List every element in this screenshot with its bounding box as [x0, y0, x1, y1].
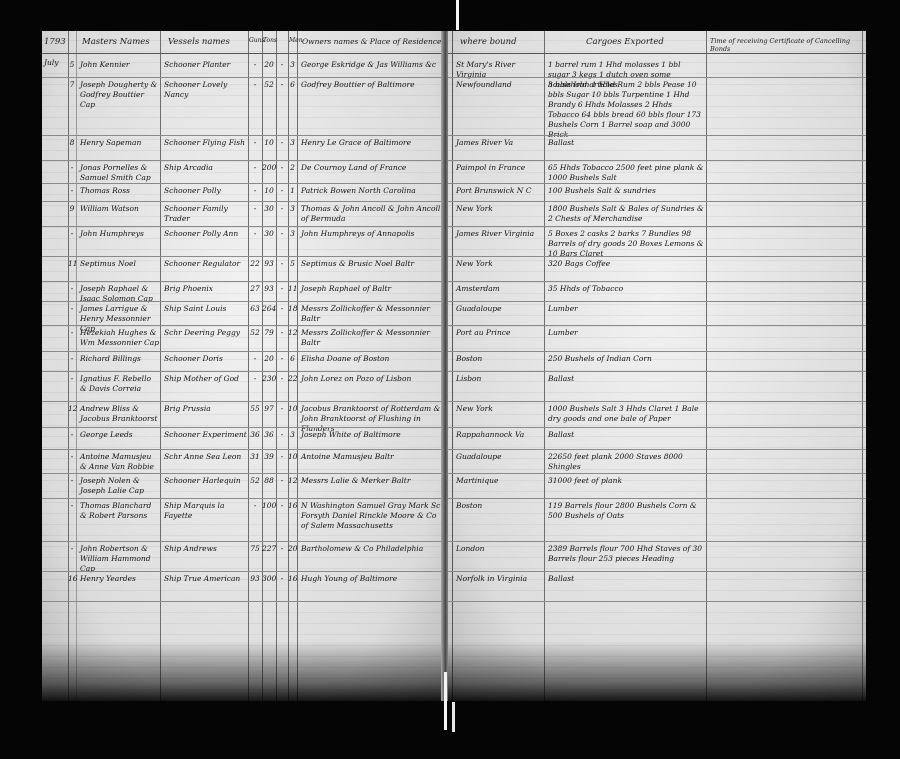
row-guns: 52 [248, 328, 262, 338]
row-men: 12 [288, 328, 297, 338]
row-rule [42, 301, 444, 302]
row-tons: 36 [262, 430, 276, 440]
row-col-a: - [276, 404, 288, 414]
row-men: 16 [288, 501, 297, 511]
row-tons: 20 [262, 354, 276, 364]
row-day: 9 [68, 204, 76, 214]
row-master-name: Joseph Nolen & Joseph Lalie Cap [80, 476, 160, 496]
row-guns: - [248, 374, 262, 384]
row-vessel-name: Ship Saint Louis [164, 304, 248, 314]
row-where-bound: New York [456, 404, 544, 414]
row-day: 8 [68, 138, 76, 148]
row-master-name: John Robertson & William Hammond Cap [80, 544, 160, 574]
row-col-a: - [276, 204, 288, 214]
row-day: 5 [68, 60, 76, 70]
row-day: - [68, 452, 76, 462]
row-tons: 52 [262, 80, 276, 90]
row-tons: 20 [262, 60, 276, 70]
row-men: 3 [288, 138, 297, 148]
ledger-left-page: 1793 Masters Names Vessels names Guns To… [42, 31, 444, 701]
row-rule [42, 541, 444, 542]
row-cargo: 2389 Barrels flour 700 Hhd Staves of 30 … [548, 544, 704, 564]
row-where-bound: Rappahannock Va [456, 430, 544, 440]
row-owners: Messrs Zollickoffer & Messonnier Baltr [301, 328, 441, 348]
row-guns: 31 [248, 452, 262, 462]
row-col-a: - [276, 476, 288, 486]
row-day: - [68, 430, 76, 440]
row-where-bound: Guadaloupe [456, 452, 544, 462]
row-vessel-name: Schooner Experiment [164, 430, 248, 440]
row-cargo: 35 Hhds of Tobacco [548, 284, 704, 294]
row-day: - [68, 304, 76, 314]
header-where-bound: where bound [460, 37, 517, 47]
row-col-a: - [276, 328, 288, 338]
row-rule [448, 325, 866, 326]
row-men: 22 [288, 374, 297, 384]
row-men: 10 [288, 452, 297, 462]
row-cargo: 119 Barrels flour 2800 Bushels Corn & 50… [548, 501, 704, 521]
row-tons: 93 [262, 259, 276, 269]
row-where-bound: Newfoundland [456, 80, 544, 90]
row-col-a: - [276, 574, 288, 584]
row-vessel-name: Schooner Lovely Nancy [164, 80, 248, 100]
header-year: 1793 [44, 37, 66, 47]
row-master-name: Thomas Blanchard & Robert Parsons [80, 501, 160, 521]
row-vessel-name: Schr Anne Sea Leon [164, 452, 248, 462]
row-tons: 230 [262, 374, 276, 384]
row-rule [42, 571, 444, 572]
row-guns: 27 [248, 284, 262, 294]
row-rule [448, 183, 866, 184]
row-tons: 97 [262, 404, 276, 414]
row-master-name: Andrew Bliss & Jacobus Branktoorst [80, 404, 160, 424]
row-cargo: 1000 Bushels Salt 3 Hhds Claret 1 Bale d… [548, 404, 704, 424]
row-col-a: - [276, 229, 288, 239]
row-vessel-name: Ship Marquis la Fayette [164, 501, 248, 521]
row-where-bound: Port au Prince [456, 328, 544, 338]
header-cargoes-exported: Cargoes Exported [586, 37, 664, 47]
row-vessel-name: Schooner Polly Ann [164, 229, 248, 239]
row-col-a: - [276, 138, 288, 148]
row-cargo: 250 Bushels of Indian Corn [548, 354, 704, 364]
row-rule [448, 135, 866, 136]
row-master-name: George Leeds [80, 430, 160, 440]
row-cargo: Lumber [548, 304, 704, 314]
row-where-bound: New York [456, 259, 544, 269]
row-day: - [68, 544, 76, 554]
row-owners: De Cournoy Land of France [301, 163, 441, 173]
row-rule [42, 351, 444, 352]
row-rule [42, 135, 444, 136]
row-rule [42, 325, 444, 326]
row-where-bound: James River Va [456, 138, 544, 148]
row-rule [42, 256, 444, 257]
row-rule [448, 351, 866, 352]
row-men: 10 [288, 404, 297, 414]
row-owners: Messrs Lalie & Merker Baltr [301, 476, 441, 486]
row-rule [448, 160, 866, 161]
row-master-name: Henry Yeardes [80, 574, 160, 584]
row-col-a: - [276, 354, 288, 364]
row-master-name: Septimus Noel [80, 259, 160, 269]
row-men: 3 [288, 204, 297, 214]
row-men: 5 [288, 259, 297, 269]
row-rule [42, 449, 444, 450]
row-tons: 39 [262, 452, 276, 462]
row-cargo: 100 Bushels Salt & sundries [548, 186, 704, 196]
header-time-of-certificates: Time of receiving Certificate of Cancell… [710, 37, 860, 53]
row-rule [42, 201, 444, 202]
row-vessel-name: Schooner Family Trader [164, 204, 248, 224]
row-where-bound: New York [456, 204, 544, 214]
row-owners: John Humphreys of Annapolis [301, 229, 441, 239]
row-col-a: - [276, 186, 288, 196]
row-vessel-name: Ship True American [164, 574, 248, 584]
row-vessel-name: Schooner Regulator [164, 259, 248, 269]
row-master-name: Thomas Ross [80, 186, 160, 196]
row-tons: 10 [262, 138, 276, 148]
row-rule [42, 371, 444, 372]
row-owners: Joseph White of Baltimore [301, 430, 441, 440]
row-master-name: William Watson [80, 204, 160, 214]
row-day: - [68, 284, 76, 294]
row-vessel-name: Schooner Doris [164, 354, 248, 364]
row-where-bound: Lisbon [456, 374, 544, 384]
scan-marker-bottom [444, 672, 447, 730]
row-day: 11 [68, 259, 76, 269]
row-rule [448, 401, 866, 402]
row-men: 12 [288, 476, 297, 486]
row-col-a: - [276, 544, 288, 554]
ledger-right-page: where bound Cargoes Exported Time of rec… [448, 31, 866, 701]
row-tons: 100 [262, 501, 276, 511]
row-day: - [68, 163, 76, 173]
row-master-name: Henry Sapeman [80, 138, 160, 148]
row-master-name: Hezekiah Hughes & Wm Messonnier Cap [80, 328, 160, 348]
row-rule [448, 281, 866, 282]
row-guns: - [248, 138, 262, 148]
row-owners: Elisha Doane of Boston [301, 354, 441, 364]
row-guns: - [248, 204, 262, 214]
row-men: 2 [288, 163, 297, 173]
row-rule [448, 226, 866, 227]
row-rule [42, 401, 444, 402]
row-men: 3 [288, 430, 297, 440]
row-guns: - [248, 60, 262, 70]
row-owners: Hugh Young of Baltimore [301, 574, 441, 584]
row-col-a: - [276, 430, 288, 440]
row-rule [448, 201, 866, 202]
row-guns: - [248, 229, 262, 239]
row-vessel-name: Schr Deering Peggy [164, 328, 248, 338]
row-master-name: John Kennier [80, 60, 160, 70]
row-guns: 52 [248, 476, 262, 486]
row-men: 1 [288, 186, 297, 196]
row-guns: - [248, 501, 262, 511]
row-guns: 75 [248, 544, 262, 554]
row-where-bound: Norfolk in Virginia [456, 574, 544, 584]
row-cargo: 65 Hhds Tobacco 2500 feet pine plank & 1… [548, 163, 704, 183]
row-rule [448, 571, 866, 572]
row-col-a: - [276, 80, 288, 90]
scan-marker-bottom [452, 702, 455, 732]
row-vessel-name: Schooner Polly [164, 186, 248, 196]
row-where-bound: London [456, 544, 544, 554]
row-owners: Bartholomew & Co Philadelphia [301, 544, 441, 554]
row-day: - [68, 501, 76, 511]
row-rule [448, 541, 866, 542]
row-day: 16 [68, 574, 76, 584]
row-cargo: 22650 feet plank 2000 Staves 8000 Shingl… [548, 452, 704, 472]
row-cargo: Ballast [548, 574, 704, 584]
row-master-name: Antoine Mamusjeu & Anne Van Robbie [80, 452, 160, 472]
row-rule [42, 427, 444, 428]
row-owners: Thomas & John Ancoll & John Ancoll of Be… [301, 204, 441, 224]
row-where-bound: Martinique [456, 476, 544, 486]
row-vessel-name: Schooner Planter [164, 60, 248, 70]
row-rule [448, 601, 866, 602]
row-tons: 30 [262, 204, 276, 214]
row-col-a: - [276, 60, 288, 70]
header-tons: Tons [263, 37, 277, 44]
row-cargo: 5 Boxes 2 casks 2 barks 7 Bundles 98 Bar… [548, 229, 704, 259]
row-where-bound: Paimpol in France [456, 163, 544, 173]
row-cargo: Lumber [548, 328, 704, 338]
row-rule [42, 473, 444, 474]
row-day: - [68, 186, 76, 196]
row-guns: 55 [248, 404, 262, 414]
row-vessel-name: Brig Phoenix [164, 284, 248, 294]
row-rule [448, 256, 866, 257]
row-day: - [68, 229, 76, 239]
row-rule [42, 281, 444, 282]
row-guns: 22 [248, 259, 262, 269]
row-tons: 79 [262, 328, 276, 338]
row-rule [448, 449, 866, 450]
row-guns: - [248, 163, 262, 173]
row-men: 3 [288, 60, 297, 70]
row-tons: 10 [262, 186, 276, 196]
row-cargo: Ballast [548, 138, 704, 148]
row-cargo: 320 Bags Coffee [548, 259, 704, 269]
row-guns: - [248, 354, 262, 364]
row-rule [448, 427, 866, 428]
row-rule [42, 498, 444, 499]
row-men: 18 [288, 304, 297, 314]
row-owners: N Washington Samuel Gray Mark Sc Forsyth… [301, 501, 441, 531]
row-owners: Septimus & Brusic Noel Baltr [301, 259, 441, 269]
row-col-a: - [276, 452, 288, 462]
row-where-bound: James River Virginia [456, 229, 544, 239]
row-col-a: - [276, 163, 288, 173]
row-owners: Messrs Zollickoffer & Messonnier Baltr [301, 304, 441, 324]
row-men: 20 [288, 544, 297, 554]
header-men: Men [289, 37, 303, 44]
row-col-a: - [276, 501, 288, 511]
row-guns: 36 [248, 430, 262, 440]
row-tons: 227 [262, 544, 276, 554]
row-vessel-name: Schooner Flying Fish [164, 138, 248, 148]
row-guns: 93 [248, 574, 262, 584]
row-men: 16 [288, 574, 297, 584]
row-master-name: Joseph Dougherty & Godfrey Bouttier Cap [80, 80, 160, 110]
row-day: - [68, 328, 76, 338]
row-rule [42, 226, 444, 227]
row-guns: 63 [248, 304, 262, 314]
row-owners: Godfrey Bouttier of Baltimore [301, 80, 441, 90]
row-rule [448, 301, 866, 302]
row-men: 11 [288, 284, 297, 294]
row-rule [448, 371, 866, 372]
row-day: - [68, 476, 76, 486]
row-vessel-name: Ship Arcadia [164, 163, 248, 173]
row-rule [448, 77, 866, 78]
row-vessel-name: Brig Prussia [164, 404, 248, 414]
row-vessel-name: Ship Mother of God [164, 374, 248, 384]
row-master-name: Richard Billings [80, 354, 160, 364]
row-master-name: John Humphreys [80, 229, 160, 239]
row-col-a: - [276, 259, 288, 269]
row-col-a: - [276, 304, 288, 314]
row-men: 6 [288, 80, 297, 90]
row-col-a: - [276, 374, 288, 384]
row-vessel-name: Ship Andrews [164, 544, 248, 554]
row-where-bound: Amsterdam [456, 284, 544, 294]
row-day: - [68, 374, 76, 384]
row-tons: 200 [262, 163, 276, 173]
row-where-bound: Boston [456, 354, 544, 364]
row-rule [42, 160, 444, 161]
row-cargo: 31000 feet of plank [548, 476, 704, 486]
header-masters-names: Masters Names [82, 37, 150, 47]
row-where-bound: Boston [456, 501, 544, 511]
row-day: 7 [68, 80, 76, 90]
header-vessels-names: Vessels names [168, 37, 230, 47]
header-rule [42, 53, 444, 54]
row-owners: Joseph Raphael of Baltr [301, 284, 441, 294]
scan-marker-top [456, 0, 459, 30]
row-tons: 93 [262, 284, 276, 294]
header-owners: Owners names & Place of Residence [302, 37, 441, 46]
row-owners: Henry Le Grace of Baltimore [301, 138, 441, 148]
row-men: 3 [288, 229, 297, 239]
row-vessel-name: Schooner Harlequin [164, 476, 248, 486]
row-master-name: Ignatius F. Rebello & Davis Correia [80, 374, 160, 394]
row-master-name: Jonas Pornelles & Samuel Smith Cap [80, 163, 160, 183]
row-men: 6 [288, 354, 297, 364]
row-where-bound: Port Brunswick N C [456, 186, 544, 196]
row-day: 12 [68, 404, 76, 414]
row-rule [42, 77, 444, 78]
row-rule [42, 601, 444, 602]
row-guns: - [248, 80, 262, 90]
row-tons: 300 [262, 574, 276, 584]
row-cargo: Ballast [548, 430, 704, 440]
row-tons: 264 [262, 304, 276, 314]
row-owners: George Eskridge & Jas Williams &c [301, 60, 441, 70]
row-where-bound: Guadaloupe [456, 304, 544, 314]
row-cargo: 3 bbls Iron 1 Hhd Rum 2 bbls Pease 10 bb… [548, 80, 704, 140]
row-owners: John Lorez on Pozo of Lisbon [301, 374, 441, 384]
row-owners: Patrick Bowen North Carolina [301, 186, 441, 196]
row-guns: - [248, 186, 262, 196]
row-rule [42, 183, 444, 184]
row-tons: 30 [262, 229, 276, 239]
row-cargo: 1800 Bushels Salt & Bales of Sundries & … [548, 204, 704, 224]
header-rule [448, 53, 866, 54]
row-cargo: Ballast [548, 374, 704, 384]
row-tons: 88 [262, 476, 276, 486]
row-col-a: - [276, 284, 288, 294]
row-rule [448, 473, 866, 474]
row-day: - [68, 354, 76, 364]
month-label: July [44, 58, 58, 68]
row-owners: Antoine Mamusjeu Baltr [301, 452, 441, 462]
row-rule [448, 498, 866, 499]
